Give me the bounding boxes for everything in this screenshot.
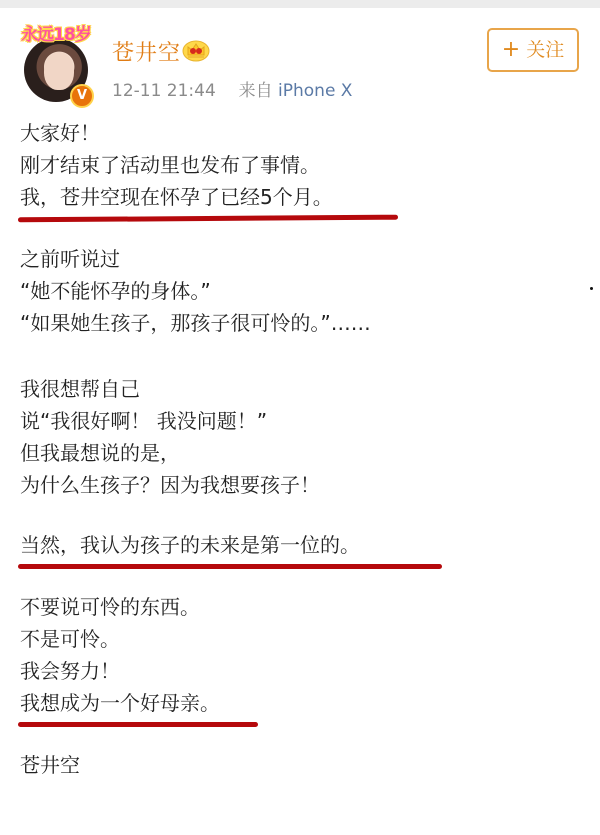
post-line: 之前听说过 [20, 243, 580, 275]
plus-icon: + [502, 37, 520, 62]
post-timestamp: 12-11 21:44 [112, 81, 216, 101]
post-line: 刚才结束了活动里也发布了事情。 [20, 149, 580, 181]
post-line: 为什么生孩子？因为我想要孩子！ [20, 469, 580, 501]
post-line: 但我最想说的是， [20, 437, 580, 469]
paragraph-3: 我很想帮自己 说“我很好啊！ 我没问题！” 但我最想说的是， 为什么生孩子？因为… [20, 373, 580, 501]
crown-icon[interactable] [182, 38, 210, 62]
paragraph-4: 当然，我认为孩子的未来是第一位的。 [20, 529, 580, 561]
signature-line: 苍井空 [20, 749, 580, 781]
post-line-underlined: 当然，我认为孩子的未来是第一位的。 [20, 529, 580, 561]
avatar-badge-text: 永远18岁 [14, 20, 98, 46]
post-line: 不要说可怜的东西。 [20, 591, 580, 623]
source-device-link[interactable]: iPhone X [278, 81, 352, 101]
post-line: 我很想帮自己 [20, 373, 580, 405]
author-avatar[interactable]: 永远18岁 V [14, 18, 98, 102]
post-line: 我会努力！ [20, 655, 580, 687]
author-name[interactable]: 苍井空 [112, 36, 181, 67]
paragraph-2: 之前听说过 “她不能怀孕的身体。” “如果她生孩子，那孩子很可怜的。”…… [20, 243, 580, 339]
paragraph-1: 大家好！ 刚才结束了活动里也发布了事情。 我，苍井空现在怀孕了已经5个月。 [20, 117, 580, 213]
post-body: 大家好！ 刚才结束了活动里也发布了事情。 我，苍井空现在怀孕了已经5个月。 之前… [20, 117, 580, 801]
post-line: 大家好！ [20, 117, 580, 149]
post-line: “她不能怀孕的身体。” [20, 275, 580, 307]
post-line-underlined: 我，苍井空现在怀孕了已经5个月。 [20, 181, 580, 213]
follow-button[interactable]: +关注 [487, 28, 579, 72]
top-divider-strip [0, 0, 600, 8]
post-line-underlined: 我想成为一个好母亲。 [20, 687, 580, 719]
post-line: 不是可怜。 [20, 623, 580, 655]
post-meta: 12-11 21:44 来自 iPhone X [112, 76, 352, 101]
signature: 苍井空 [20, 749, 580, 781]
source-prefix: 来自 [239, 81, 273, 101]
stray-dot [590, 287, 593, 290]
avatar-face [44, 52, 74, 90]
verified-badge-icon: V [70, 84, 94, 108]
post-line: 说“我很好啊！ 我没问题！” [20, 405, 580, 437]
post-line: “如果她生孩子，那孩子很可怜的。”…… [20, 307, 580, 339]
follow-label: 关注 [526, 39, 564, 61]
paragraph-5: 不要说可怜的东西。 不是可怜。 我会努力！ 我想成为一个好母亲。 [20, 591, 580, 719]
